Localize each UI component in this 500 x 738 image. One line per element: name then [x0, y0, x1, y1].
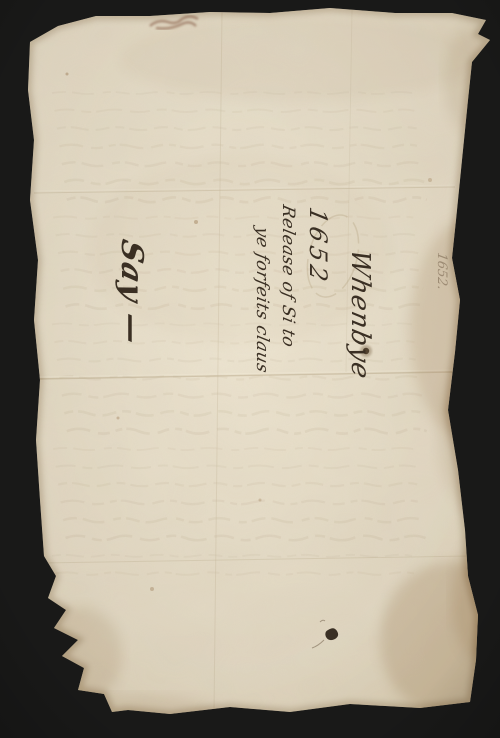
photo-vignette — [0, 0, 500, 738]
photo-backdrop: Whenbye 1652 Release of Si to ye forfeit… — [0, 0, 500, 738]
manuscript-scan: Whenbye 1652 Release of Si to ye forfeit… — [0, 0, 500, 738]
